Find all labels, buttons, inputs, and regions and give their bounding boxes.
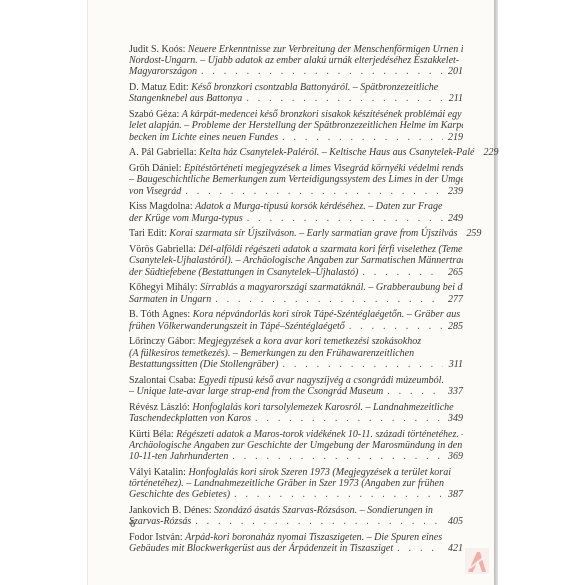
article-title: történetéhez). – Landnahmezeitliche Gräb…	[129, 478, 444, 489]
article-title: Sarmaten in Ungarn	[129, 294, 211, 305]
toc-entry: Szalontai Csaba: Egyedi típusú késő avar…	[129, 375, 463, 397]
toc-page-number: 337	[447, 386, 463, 397]
toc-page-number: 201	[447, 66, 463, 77]
toc-page-number: 285	[447, 321, 463, 332]
leader-dots: . . . . . . . . . . . . . . . . . . . . …	[246, 93, 443, 104]
author-name: Tari Edit:	[129, 228, 169, 239]
article-title: Kora népvándorlás kori sírok Tápé-Szénté…	[193, 309, 463, 320]
toc-page-number: 277	[447, 294, 463, 305]
leader-dots: . . . . . . . . . . . . . . . . . . . . …	[247, 213, 443, 224]
toc-entry: Révész László: Honfoglalás kori tarsolyl…	[129, 402, 463, 424]
leader-dots: . . . . . . . . . . . . . . . . . . . . …	[234, 489, 443, 500]
toc-entry-line: Kiss Magdolna: Adatok a Murga-típusú kor…	[129, 201, 463, 212]
toc-entry: Kőhegyi Mihály: Sírrablás a magyarország…	[129, 282, 463, 304]
toc-entry-last-line: A. Pál Gabriella: Kelta ház Csanytelek-P…	[129, 147, 463, 158]
toc-entry-line: – Baugeschichtliche Bemerkungen zum Vert…	[129, 174, 463, 185]
toc-entry: Vörös Gabriella: Dél-alföldi régészeti a…	[129, 244, 463, 278]
author-name: Vörös Gabriella:	[129, 244, 198, 255]
toc-page-number: 265	[447, 267, 463, 278]
article-title: Szondázó ásatás Szarvas-Rózsáson. – Sond…	[214, 505, 433, 516]
article-title: Stangenknebel aus Battonya	[129, 93, 242, 104]
article-title: Gebäudes mit Blockwerkgerüst aus der Árp…	[129, 543, 393, 554]
article-title: Szarvas-Rózsás	[129, 516, 191, 527]
article-title: 10-11-ten Jahrhunderten	[129, 451, 228, 462]
leader-dots: . . . . . . . . . . . . . . . . . . . . …	[185, 186, 443, 197]
article-title: (A fülkesíros temetkezés). – Bemerkungen…	[129, 348, 414, 359]
toc-page-number: 211	[447, 93, 463, 104]
author-name: Gröh Dániel:	[129, 163, 184, 174]
article-title: Magyarországon	[129, 66, 197, 77]
toc-entry-last-line: Stangenknebel aus Battonya. . . . . . . …	[129, 93, 463, 104]
leader-dots: . . . . . . . . . . . . . . . . . . . . …	[195, 516, 443, 527]
toc-entry-last-line: Magyarországon. . . . . . . . . . . . . …	[129, 66, 463, 77]
page-number: 6	[130, 519, 135, 530]
toc-entry: Kiss Magdolna: Adatok a Murga-típusú kor…	[129, 201, 463, 223]
toc-page-number: 405	[447, 516, 463, 527]
toc-entry-last-line: frühen Völkerwanderungszeit in Tápé–Szén…	[129, 321, 463, 332]
author-name: Kürti Béla:	[129, 429, 176, 440]
toc-page-number: 219	[447, 132, 463, 143]
toc-page-number: 369	[447, 451, 463, 462]
article-title: Korai szarmata sír Újszilváson. – Early …	[169, 228, 457, 239]
toc-entry: Jankovich B. Dénes: Szondázó ásatás Szar…	[129, 505, 463, 527]
toc-page-number: 259	[465, 228, 481, 239]
article-title: lelet alapján. – Probleme der Herstellun…	[129, 120, 463, 131]
toc-entry-line: Szalontai Csaba: Egyedi típusú késő avar…	[129, 375, 463, 386]
toc-entry-line: Csanytelek-Újhalastóról). – Archäologisc…	[129, 255, 463, 266]
toc-entry-line: D. Matuz Edit: Késő bronzkori csontzabla…	[129, 82, 463, 93]
article-title: Archäologische Angaben zur Geschichte de…	[129, 440, 462, 451]
toc-entry-last-line: Szarvas-Rózsás. . . . . . . . . . . . . …	[129, 516, 463, 527]
toc-entry: Fodor István: Árpád-kori boronaház nyoma…	[129, 532, 463, 554]
toc-page-number: 239	[447, 186, 463, 197]
toc-entry-line: (A fülkesíros temetkezés). – Bemerkungen…	[129, 348, 463, 359]
toc-entry: Judit S. Koós: Neuere Erkenntnisse zur V…	[129, 44, 463, 78]
article-title: Építéstörténeti megjegyzések a limes Vis…	[184, 163, 463, 174]
toc-entry-line: történetéhez). – Landnahmezeitliche Gräb…	[129, 478, 463, 489]
toc-entry-line: Fodor István: Árpád-kori boronaház nyoma…	[129, 532, 463, 543]
leader-dots: . . . . . . . . . . . . . . . . . . . . …	[362, 267, 443, 278]
toc-entry-last-line: Bestattungssitten (Die Stollengräber). .…	[129, 359, 463, 370]
leader-dots: . . . . . . . . . . . . . . . . . . . . …	[282, 132, 443, 143]
author-name: Révész László:	[129, 402, 192, 413]
leader-dots: . . . . . . . . . . . . . . . . . . . . …	[201, 66, 443, 77]
toc-entry: Tari Edit: Korai szarmata sír Újszilváso…	[129, 228, 463, 239]
article-title: – Baugeschichtliche Bemerkungen zum Vert…	[129, 174, 463, 185]
toc-entry-last-line: – Unique late-avar large strap-end from …	[129, 386, 463, 397]
toc-entry: B. Tóth Ágnes: Kora népvándorlás kori sí…	[129, 309, 463, 331]
toc-entry-line: Archäologische Angaben zur Geschichte de…	[129, 440, 463, 451]
toc-entry-line: Judit S. Koós: Neuere Erkenntnisse zur V…	[129, 44, 463, 55]
toc-entry-last-line: der Krüge vom Murga-typus. . . . . . . .…	[129, 213, 463, 224]
author-name: Lőrinczy Gábor:	[129, 336, 198, 347]
article-title: Geschichte des Gebietes)	[129, 489, 230, 500]
author-name: B. Tóth Ágnes:	[129, 309, 193, 320]
article-title: der Südtiefebene (Bestattungen in Csanyt…	[129, 267, 358, 278]
toc-entry-line: Kürti Béla: Régészeti adatok a Maros-tor…	[129, 429, 463, 440]
toc-entry-line: B. Tóth Ágnes: Kora népvándorlás kori sí…	[129, 309, 463, 320]
toc-entry-last-line: 10-11-ten Jahrhunderten. . . . . . . . .…	[129, 451, 463, 462]
toc-entry-line: Kőhegyi Mihály: Sírrablás a magyarország…	[129, 282, 463, 293]
leader-dots: . . . . . . . . . . . . . . . . . . . . …	[349, 321, 443, 332]
toc-entry-line: Nordost-Ungarn. – Újabb adatok az ember …	[129, 55, 463, 66]
toc-entry-line: Gröh Dániel: Építéstörténeti megjegyzése…	[129, 163, 463, 174]
toc-entry: Lőrinczy Gábor: Megjegyzések a kora avar…	[129, 336, 463, 370]
author-name: Fodor István:	[129, 532, 185, 543]
article-title: becken im Lichte eines neuen Fundes	[129, 132, 278, 143]
article-title: Sírrablás a magyarországi szarmatáknál. …	[200, 282, 463, 293]
toc-entry-last-line: Sarmaten in Ungarn. . . . . . . . . . . …	[129, 294, 463, 305]
article-title: Taschendeckplatten von Karos	[129, 413, 251, 424]
toc-entry-line: Lőrinczy Gábor: Megjegyzések a kora avar…	[129, 336, 463, 347]
toc-page-number: 311	[447, 359, 463, 370]
author-name: Szabó Géza:	[129, 109, 182, 120]
toc-entry-line: Szabó Géza: A kárpát-medencei késő bronz…	[129, 109, 463, 120]
toc-entry-line: Vályi Katalin: Honfoglalás kori sírok Sz…	[129, 467, 463, 478]
toc-entry-last-line: der Südtiefebene (Bestattungen in Csanyt…	[129, 267, 463, 278]
author-name: Szalontai Csaba:	[129, 375, 198, 386]
article-title: von Visegrád	[129, 186, 181, 197]
article-title: Régészeti adatok a Maros-torok vidékének…	[176, 429, 463, 440]
article-title: A kárpát-medencei késő bronzkori sisakok…	[182, 109, 463, 120]
toc-entry-last-line: becken im Lichte eines neuen Fundes. . .…	[129, 132, 463, 143]
toc-page-number: 421	[447, 543, 463, 554]
article-title: Nordost-Ungarn. – Újabb adatok az ember …	[129, 55, 459, 66]
author-name: Vályi Katalin:	[129, 467, 188, 478]
article-title: Kelta ház Csanytelek-Paléról. – Keltisch…	[199, 147, 475, 158]
article-title: Dél-alföldi régészeti adatok a szarmata …	[198, 244, 463, 255]
article-title: der Krüge vom Murga-typus	[129, 213, 243, 224]
author-name: Judit S. Koós:	[129, 44, 188, 55]
toc-page-number: 229	[482, 147, 498, 158]
toc-page-number: 249	[447, 213, 463, 224]
toc-entry: D. Matuz Edit: Késő bronzkori csontzabla…	[129, 82, 463, 104]
toc-entry: Kürti Béla: Régészeti adatok a Maros-tor…	[129, 429, 463, 463]
toc-entry-last-line: Taschendeckplatten von Karos. . . . . . …	[129, 413, 463, 424]
article-title: Honfoglalás kori tarsolylemezek Karosról…	[192, 402, 453, 413]
leader-dots: . . . . . . . . . . . . . . . . . . . . …	[232, 451, 443, 462]
toc-entry-line: Jankovich B. Dénes: Szondázó ásatás Szar…	[129, 505, 463, 516]
leader-dots: . . . . . . . . . . . . . . . . . . . . …	[282, 359, 443, 370]
author-name: Jankovich B. Dénes:	[129, 505, 214, 516]
toc-entry: Vályi Katalin: Honfoglalás kori sírok Sz…	[129, 467, 463, 501]
article-title: Adatok a Murga-típusú korsók kérdéséhez.…	[195, 201, 442, 212]
article-title: Megjegyzések a kora avar kori temetkezés…	[198, 336, 421, 347]
article-title: Bestattungssitten (Die Stollengräber)	[129, 359, 278, 370]
toc-entry-last-line: Geschichte des Gebietes). . . . . . . . …	[129, 489, 463, 500]
toc-entry: A. Pál Gabriella: Kelta ház Csanytelek-P…	[129, 147, 463, 158]
toc-entry-last-line: von Visegrád. . . . . . . . . . . . . . …	[129, 186, 463, 197]
page-right-edge-shadow	[494, 0, 498, 585]
author-name: Kőhegyi Mihály:	[129, 282, 200, 293]
article-title: Egyedi típusú késő avar nagyszíjvég a cs…	[198, 375, 444, 386]
toc-entry: Szabó Géza: A kárpát-medencei késő bronz…	[129, 109, 463, 143]
toc-entry-line: Vörös Gabriella: Dél-alföldi régészeti a…	[129, 244, 463, 255]
article-title: frühen Völkerwanderungszeit in Tápé–Szén…	[129, 321, 345, 332]
toc-entry: Gröh Dániel: Építéstörténeti megjegyzése…	[129, 163, 463, 197]
leader-dots: . . . . . . . . . . . . . . . . . . . . …	[397, 543, 443, 554]
article-title: Késő bronzkori csontzabla Battonyáról. –…	[191, 82, 438, 93]
author-name: A. Pál Gabriella:	[129, 147, 199, 158]
toc-entry-last-line: Tari Edit: Korai szarmata sír Újszilváso…	[129, 228, 463, 239]
article-title: Csanytelek-Újhalastóról). – Archäologisc…	[129, 255, 463, 266]
author-name: Kiss Magdolna:	[129, 201, 195, 212]
red-arrow-logo-icon	[465, 548, 489, 574]
table-of-contents: Judit S. Koós: Neuere Erkenntnisse zur V…	[129, 44, 463, 559]
leader-dots: . . . . . . . . . . . . . . . . . . . . …	[215, 294, 443, 305]
author-name: D. Matuz Edit:	[129, 82, 191, 93]
article-title: Neuere Erkenntnisse zur Verbreitung der …	[188, 44, 463, 55]
leader-dots: . . . . . . . . . . . . . . . . . . . . …	[387, 386, 443, 397]
toc-entry-last-line: Gebäudes mit Blockwerkgerüst aus der Árp…	[129, 543, 463, 554]
article-title: Honfoglalás kori sírok Szeren 1973 (Megj…	[188, 467, 451, 478]
article-title: Árpád-kori boronaház nyomai Tiszaszigete…	[185, 532, 442, 543]
toc-page-number: 387	[447, 489, 463, 500]
toc-entry-line: lelet alapján. – Probleme der Herstellun…	[129, 120, 463, 131]
toc-entry-line: Révész László: Honfoglalás kori tarsolyl…	[129, 402, 463, 413]
article-title: – Unique late-avar large strap-end from …	[129, 386, 383, 397]
toc-page-number: 349	[447, 413, 463, 424]
leader-dots: . . . . . . . . . . . . . . . . . . . . …	[255, 413, 443, 424]
